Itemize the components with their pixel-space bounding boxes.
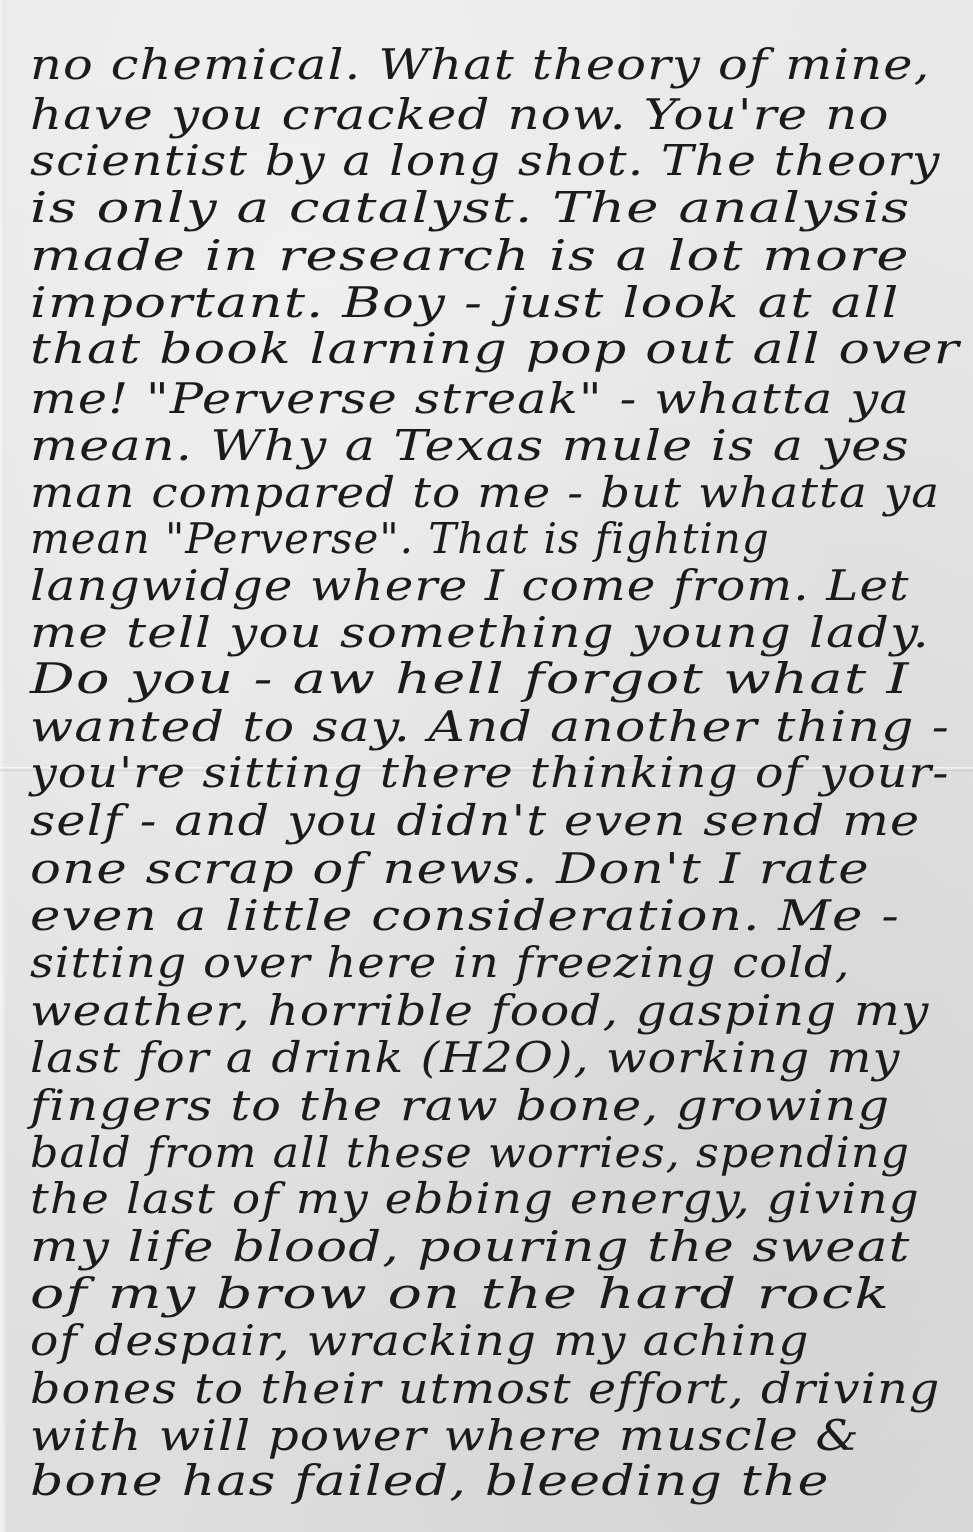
handwritten-line: even a little consideration. Me - (30, 895, 900, 937)
handwritten-line: weather, horrible food, gasping my (30, 990, 930, 1032)
handwritten-line: bone has failed, bleeding the (30, 1460, 830, 1502)
handwritten-line: of my brow on the hard rock (30, 1273, 890, 1315)
handwritten-line: sitting over here in freezing cold, (30, 942, 850, 984)
handwritten-line: bald from all these worries, spending (30, 1132, 910, 1174)
handwritten-line: that book larning pop out all over (30, 328, 960, 370)
handwritten-line: is only a catalyst. The analysis (30, 187, 911, 229)
handwritten-line: my life blood, pouring the sweat (30, 1226, 911, 1268)
handwritten-line: with will power where muscle & (30, 1415, 860, 1457)
handwritten-line: me! "Perverse streak" - whatta ya (30, 378, 910, 420)
handwritten-line: langwidge where I come from. Let (30, 565, 910, 607)
handwritten-line: one scrap of news. Don't I rate (30, 848, 870, 890)
handwritten-line: have you cracked now. You're no (30, 94, 890, 136)
handwritten-line: Do you - aw hell forgot what I (30, 658, 910, 700)
handwritten-line: last for a drink (H2O), working my (30, 1037, 901, 1079)
handwritten-line: important. Boy - just look at all (30, 282, 900, 324)
handwritten-line: man compared to me - but whatta ya (30, 472, 940, 514)
handwritten-line: fingers to the raw bone, growing (30, 1085, 890, 1127)
handwritten-line: mean. Why a Texas mule is a yes (30, 425, 910, 467)
handwritten-line: self - and you didn't even send me (30, 800, 920, 842)
handwritten-line: no chemical. What theory of mine, (30, 44, 931, 86)
handwritten-line: the last of my ebbing energy, giving (30, 1178, 920, 1220)
handwritten-line: you're sitting there thinking of your- (30, 752, 949, 794)
handwritten-line: mean "Perverse". That is fighting (30, 518, 770, 560)
handwritten-line: scientist by a long shot. The theory (30, 140, 941, 182)
paper-left-edge (0, 0, 6, 1532)
handwritten-line: me tell you something young lady. (30, 612, 930, 654)
handwritten-line: made in research is a lot more (30, 235, 910, 277)
handwritten-line: bones to their utmost effort, driving (30, 1368, 940, 1410)
handwritten-line: wanted to say. And another thing - (30, 706, 950, 748)
handwritten-line: of despair, wracking my aching (30, 1320, 810, 1362)
